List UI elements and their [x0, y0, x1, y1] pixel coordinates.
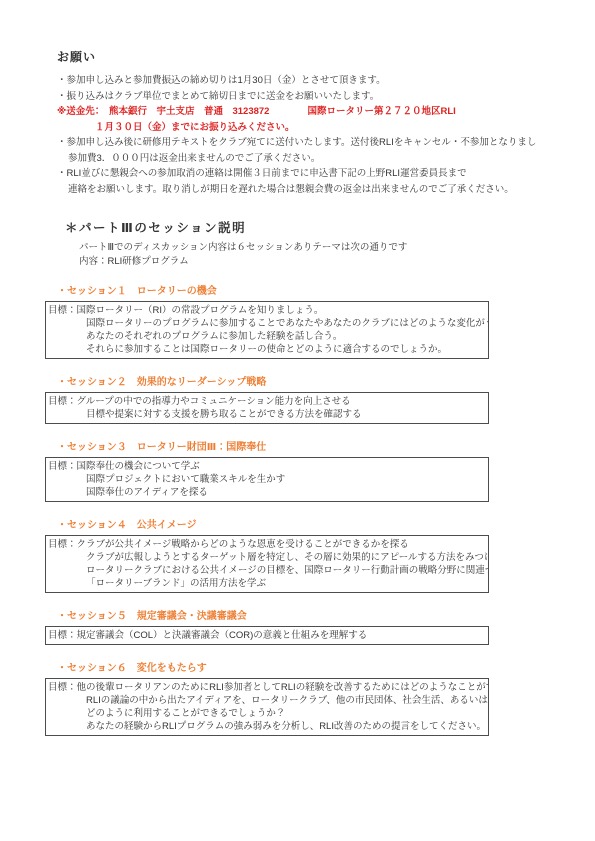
session-5: ・セッション５ 規定審議会・決議審議会 目標：規定審議会（COL）と決議審議会（…	[45, 611, 550, 645]
notice-line-transfer-deadline: １月３０日（金）までにお振り込みください。	[57, 120, 550, 136]
session-2-header: ・セッション２ 効果的なリーダーシップ戦略	[57, 377, 550, 389]
notice-line-bank-account: ※送金先： 熊本銀行 宇土支店 普通 3123872 国際ロータリー第２７２０地…	[57, 104, 550, 120]
goal-line: 目標：クラブが公共イメージ戦略からどのような恩恵を受けることができるかを探る	[48, 538, 486, 551]
goal-line: RLIの議論の中から出たアイディアを、ロータリークラブ、他の市民団体、社会生活、…	[48, 694, 486, 707]
notice-line-no-refund-fee: 参加費3．０００円は返金出来ませんのでご了承ください。	[57, 151, 550, 167]
session-3-goal-box: 目標：国際奉仕の機会について学ぶ 国際プロジェクトにおいて職業スキルを生かす 国…	[45, 457, 489, 502]
session-6: ・セッション６ 変化をもたらす 目標：他の後輩ロータリアンのためにRLI参加者と…	[45, 663, 550, 736]
notice-line-text-shipping: ・参加申し込み後に研修用テキストをクラブ宛てに送付いたします。送付後RLIをキャ…	[57, 135, 550, 151]
goal-line: あなたのそれぞれのプログラムに参加した経験を話し合う。	[48, 330, 486, 343]
page-content: お願い ・参加申し込みと参加費振込の締め切りは1月30日（金）とさせて頂きます。…	[0, 0, 595, 736]
goal-line: 国際プロジェクトにおいて職業スキルを生かす	[48, 473, 486, 486]
notice-line-club-transfer: ・振り込みはクラブ単位でまとめて締切日までに送金をお願いいたします。	[57, 89, 550, 105]
session-5-goal-box: 目標：規定審議会（COL）と決議審議会（COR)の意義と仕組みを理解する	[45, 626, 489, 645]
goal-line: 目標：国際奉仕の機会について学ぶ	[48, 460, 486, 473]
session-4-header: ・セッション４ 公共イメージ	[57, 520, 550, 532]
notice-line-deadline: ・参加申し込みと参加費振込の締め切りは1月30日（金）とさせて頂きます。	[57, 73, 550, 89]
goal-line: 目標：規定審議会（COL）と決議審議会（COR)の意義と仕組みを理解する	[48, 629, 486, 642]
part3-content-label: 内容：RLI研修プログラム	[79, 255, 550, 269]
session-6-header: ・セッション６ 変化をもたらす	[57, 663, 550, 675]
goal-line: 国際奉仕のアイディアを探る	[48, 486, 486, 499]
goal-line: 目標や提案に対する支援を勝ち取ることができる方法を確認する	[48, 408, 486, 421]
goal-line: それらに参加することは国際ロータリーの使命とどのように適合するのでしょうか。	[48, 343, 486, 356]
notice-line-cancel-contact: ・RLI並びに懇親会への参加取消の連絡は開催３日前までに申込書下記の上野RLI運…	[57, 166, 550, 182]
session-5-header: ・セッション５ 規定審議会・決議審議会	[57, 611, 550, 623]
session-3-header: ・セッション３ ロータリー財団Ⅲ：国際奉仕	[57, 442, 550, 454]
session-1: ・セッション１ ロータリーの機会 目標：国際ロータリー（RI）の常設プログラムを…	[45, 286, 550, 359]
part3-section: ＊パートⅢのセッション説明 パートⅢでのディスカッション内容は６セッションありテ…	[45, 221, 550, 268]
notice-line-cancel-refund: 連絡をお願いします。取り消しが期日を遅れた場合は懇親会費の返金は出来ませんのでご…	[57, 182, 550, 198]
goal-line: 目標：グループの中での指導力やコミュニケーション能力を向上させる	[48, 395, 486, 408]
goal-line: 国際ロータリーのプログラムに参加することであなたやあなたのクラブにはどのような変…	[48, 317, 486, 330]
goal-line: あなたの経験からRLIプログラムの強み弱みを分析し、RLI改善のための提言をして…	[48, 720, 486, 733]
session-4-goal-box: 目標：クラブが公共イメージ戦略からどのような恩恵を受けることができるかを探る ク…	[45, 535, 489, 593]
goal-line: クラブが広報しようとするターゲット層を特定し、その層に効果的にアピールする方法を…	[48, 551, 486, 564]
session-1-goal-box: 目標：国際ロータリー（RI）の常設プログラムを知りましょう。 国際ロータリーのプ…	[45, 301, 489, 359]
goal-line: どのように利用することができるでしょうか？	[48, 707, 486, 720]
goal-line: 目標：国際ロータリー（RI）の常設プログラムを知りましょう。	[48, 304, 486, 317]
part3-description: パートⅢでのディスカッション内容は６セッションありテーマは次の通りです	[79, 241, 550, 255]
notice-title: お願い	[57, 50, 550, 65]
session-3: ・セッション３ ロータリー財団Ⅲ：国際奉仕 目標：国際奉仕の機会について学ぶ 国…	[45, 442, 550, 502]
goal-line: ロータリークラブにおける公共イメージの目標を、国際ロータリー行動計画の戦略分野に…	[48, 564, 486, 577]
part3-title: ＊パートⅢのセッション説明	[65, 221, 550, 236]
notice-section: お願い ・参加申し込みと参加費振込の締め切りは1月30日（金）とさせて頂きます。…	[45, 50, 550, 197]
goal-line: 目標：他の後輩ロータリアンのためにRLI参加者としてRLIの経験を改善するために…	[48, 681, 486, 694]
session-4: ・セッション４ 公共イメージ 目標：クラブが公共イメージ戦略からどのような恩恵を…	[45, 520, 550, 593]
document-page: お願い ・参加申し込みと参加費振込の締め切りは1月30日（金）とさせて頂きます。…	[0, 0, 595, 841]
session-1-header: ・セッション１ ロータリーの機会	[57, 286, 550, 298]
session-6-goal-box: 目標：他の後輩ロータリアンのためにRLI参加者としてRLIの経験を改善するために…	[45, 678, 489, 736]
goal-line: 「ロータリーブランド」の活用方法を学ぶ	[48, 577, 486, 590]
session-2: ・セッション２ 効果的なリーダーシップ戦略 目標：グループの中での指導力やコミュ…	[45, 377, 550, 424]
session-2-goal-box: 目標：グループの中での指導力やコミュニケーション能力を向上させる 目標や提案に対…	[45, 392, 489, 424]
